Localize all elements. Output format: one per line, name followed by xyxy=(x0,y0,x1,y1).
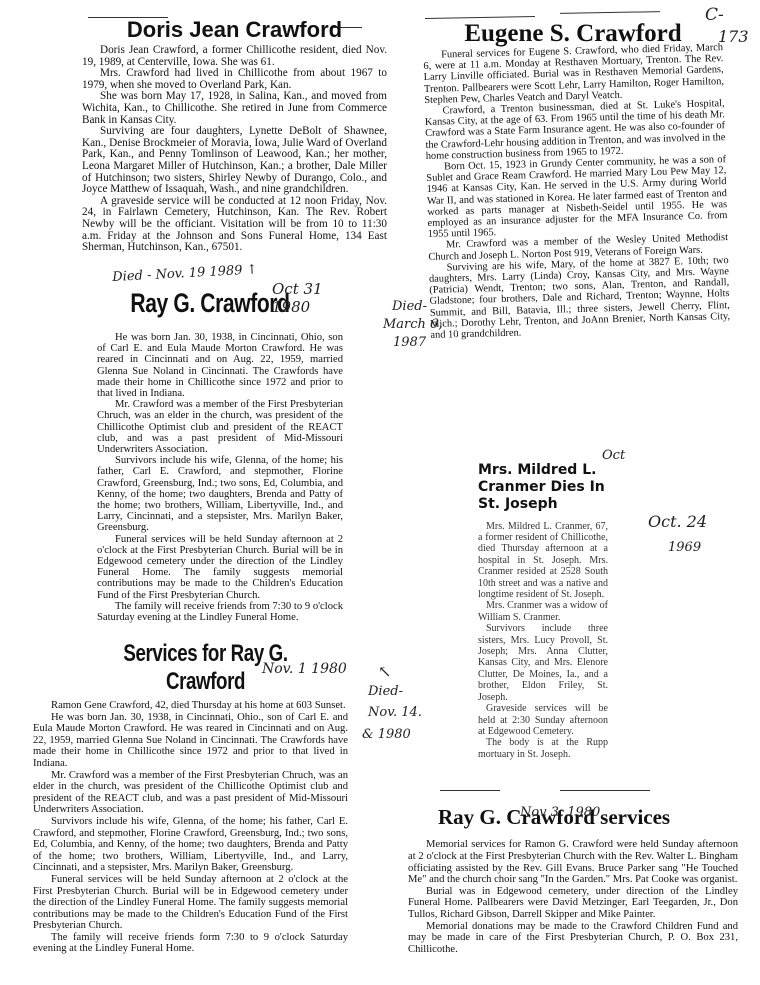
clipping-edge xyxy=(560,11,660,14)
article-headline: Doris Jean Crawford xyxy=(82,17,387,43)
handwritten-ray-died: Died- xyxy=(368,685,403,699)
handwritten-cranmer-oct: Oct xyxy=(602,449,625,463)
paragraph: Memorial services for Ramon G. Crawford … xyxy=(408,839,738,885)
paragraph: Funeral services for Eugene S. Crawford,… xyxy=(423,42,724,106)
handwritten-eugene-died-date: March 6, xyxy=(383,318,442,332)
article-body: Ramon Gene Crawford, 42, died Thursday a… xyxy=(33,700,348,955)
paragraph: The family will receive friends from 7:3… xyxy=(97,601,343,623)
handwritten-ray-obit-date: Oct 31 xyxy=(272,282,323,296)
paragraph: He was born Jan. 30, 1938, in Cincinnati… xyxy=(97,332,343,399)
paragraph: Burial was in Edgewood cemetery, under d… xyxy=(408,886,738,921)
article-body: He was born Jan. 30, 1938, in Cincinnati… xyxy=(97,332,343,623)
paragraph: Surviving are his wife, Mary, of the hom… xyxy=(429,255,731,341)
handwritten-ray-died-year: & 1980 xyxy=(362,728,411,742)
clipping-edge xyxy=(425,16,535,19)
article-doris-jean-crawford: Doris Jean Crawford Doris Jean Crawford,… xyxy=(82,17,387,254)
paragraph: Survivors include his wife, Glenna, of t… xyxy=(97,455,343,533)
paragraph: Funeral services will be held Sunday aft… xyxy=(97,534,343,601)
handwritten-ray-memorial-date: Nov 3, 1980 xyxy=(520,806,600,820)
article-ray-g-crawford-obituary: Ray G. Crawford He was born Jan. 30, 193… xyxy=(97,288,343,623)
handwritten-page-ref-number: 173 xyxy=(718,30,749,44)
handwritten-eugene-died-year: 1987 xyxy=(393,336,426,350)
paragraph: Survivors include his wife, Glenna, of t… xyxy=(33,816,348,874)
paragraph: Doris Jean Crawford, a former Chillicoth… xyxy=(82,45,387,68)
paragraph: Ramon Gene Crawford, 42, died Thursday a… xyxy=(33,700,348,712)
paragraph: Surviving are four daughters, Lynette De… xyxy=(82,126,387,196)
article-body: Memorial services for Ramon G. Crawford … xyxy=(408,839,738,955)
paragraph: Survivors include three sisters, Mrs. Lu… xyxy=(478,623,608,703)
paragraph: Funeral services will be held Sunday aft… xyxy=(33,874,348,932)
paragraph: Mr. Crawford was a member of the First P… xyxy=(97,399,343,455)
arrow-icon: ↖ xyxy=(378,665,391,679)
paragraph: A graveside service will be conducted at… xyxy=(82,196,387,254)
article-body: Mrs. Mildred L. Cranmer, 67, a former re… xyxy=(478,521,608,761)
article-body: Doris Jean Crawford, a former Chillicoth… xyxy=(82,45,387,254)
handwritten-cranmer-date: Oct. 24 xyxy=(648,515,707,529)
article-services-for-ray-g-crawford: Services for Ray G. Crawford Ramon Gene … xyxy=(33,640,348,955)
paragraph: She was born May 17, 1928, in Salina, Ka… xyxy=(82,91,387,126)
article-headline: Mrs. Mildred L. Cranmer Dies In St. Jose… xyxy=(478,462,608,513)
paragraph: Graveside services will be held at 2:30 … xyxy=(478,703,608,737)
article-mildred-cranmer: Mrs. Mildred L. Cranmer Dies In St. Jose… xyxy=(478,450,608,760)
handwritten-page-ref: C- xyxy=(705,8,724,22)
paragraph: Mrs. Mildred L. Cranmer, 67, a former re… xyxy=(478,521,608,601)
article-eugene-s-crawford: Eugene S. Crawford Funeral services for … xyxy=(423,20,723,341)
paragraph: The family will receive friends form 7:3… xyxy=(33,932,348,955)
handwritten-ray-obit-year: 1980 xyxy=(272,300,310,314)
paragraph: Mrs. Crawford had lived in Chillicothe f… xyxy=(82,68,387,91)
handwritten-ray-died-date: Nov. 14. xyxy=(368,706,422,720)
paragraph: The body is at the Rupp mortuary in St. … xyxy=(478,737,608,760)
paragraph: Memorial donations may be made to the Cr… xyxy=(408,921,738,956)
handwritten-doris-death-date: Died - Nov. 19 1989 ↑ xyxy=(112,263,258,285)
handwritten-ray-services-date: Nov. 1 1980 xyxy=(262,662,347,676)
paragraph: Mr. Crawford was a member of the First P… xyxy=(33,770,348,816)
paragraph: He was born Jan. 30, 1938, in Cincinnati… xyxy=(33,712,348,770)
handwritten-eugene-died: Died- xyxy=(392,300,427,314)
paragraph: Mrs. Cranmer was a widow of William S. C… xyxy=(478,600,608,623)
handwritten-cranmer-year: 1969 xyxy=(668,541,701,555)
paragraph: Crawford, a Trenton businessman, died at… xyxy=(424,98,725,162)
paragraph: Born Oct. 15, 1923 in Grundy Center comm… xyxy=(426,154,728,240)
article-body: Funeral services for Eugene S. Crawford,… xyxy=(423,42,731,341)
